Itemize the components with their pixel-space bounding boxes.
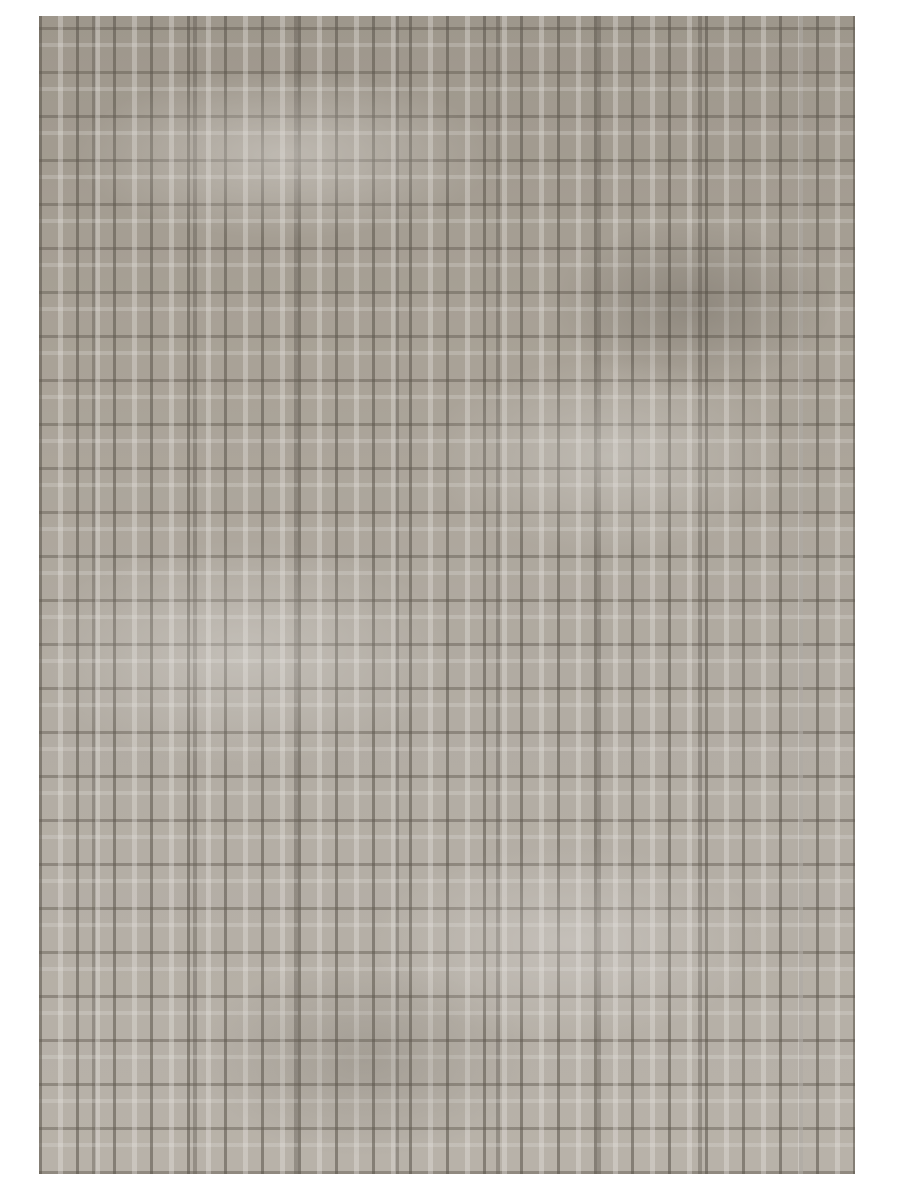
rug-pattern-shading	[39, 16, 855, 1174]
area-rug	[39, 16, 855, 1174]
product-photo: Rectangular area rug with abstract grey …	[0, 0, 900, 1200]
